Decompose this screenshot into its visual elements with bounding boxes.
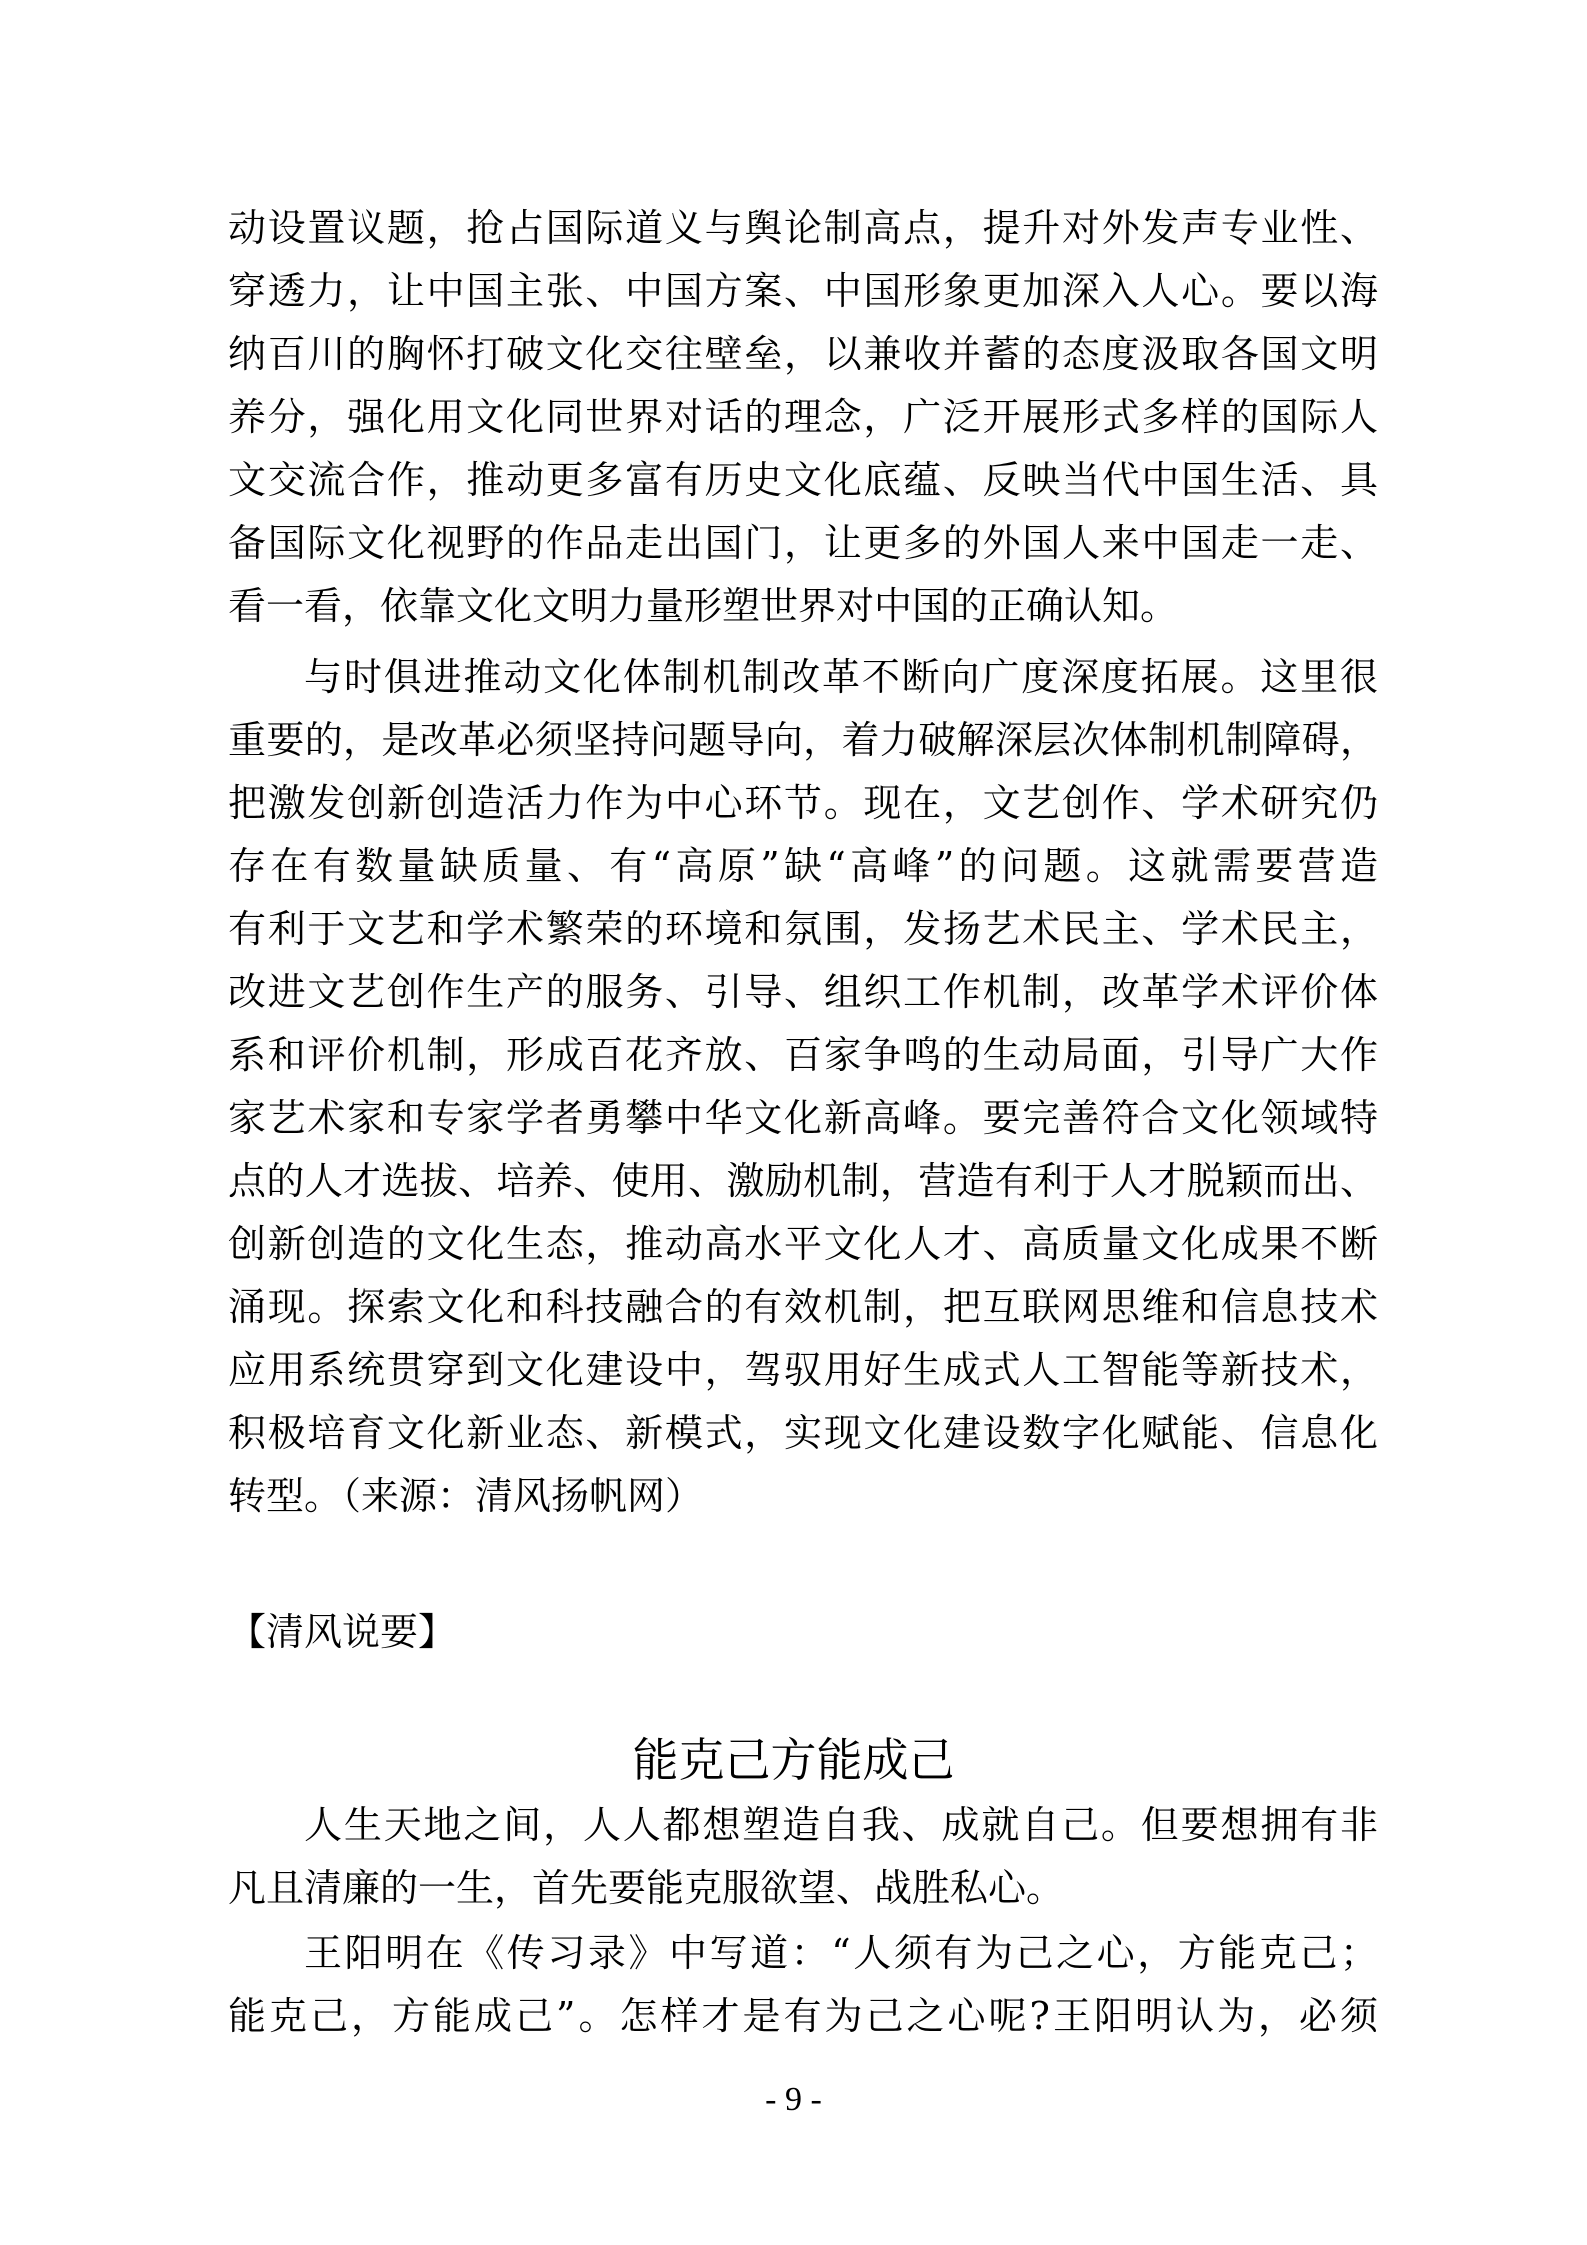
- text-line: 能克己，方能成己”。怎样才是有为己之心呢?王阳明认为，必须: [228, 1991, 1378, 2041]
- text-line: 系和评价机制，形成百花齐放、百家争鸣的生动局面，引导广大作: [228, 1030, 1378, 1080]
- text-line: 转型。（来源：清风扬帆网）: [228, 1471, 1378, 1521]
- text-line: 有利于文艺和学术繁荣的环境和氛围，发扬艺术民主、学术民主，: [228, 904, 1378, 954]
- text-line: 把激发创新创造活力作为中心环节。现在，文艺创作、学术研究仍: [228, 778, 1378, 828]
- text-line: 养分，强化用文化同世界对话的理念，广泛开展形式多样的国际人: [228, 392, 1378, 442]
- section-tag: 【清风说要】: [228, 1607, 456, 1657]
- text-line: 纳百川的胸怀打破文化交往壁垒，以兼收并蓄的态度汲取各国文明: [228, 329, 1378, 379]
- text-line: 应用系统贯穿到文化建设中，驾驭用好生成式人工智能等新技术，: [228, 1345, 1378, 1395]
- text-line: 重要的，是改革必须坚持问题导向，着力破解深层次体制机制障碍，: [228, 715, 1378, 765]
- text-line: 凡且清廉的一生，首先要能克服欲望、战胜私心。: [228, 1863, 1378, 1913]
- text-line: 王阳明在《传习录》中写道：“人须有为己之心，方能克己；: [304, 1928, 1378, 1978]
- text-line: 备国际文化视野的作品走出国门，让更多的外国人来中国走一走、: [228, 518, 1378, 568]
- text-line: 文交流合作，推动更多富有历史文化底蕴、反映当代中国生活、具: [228, 455, 1378, 505]
- text-line: 涌现。探索文化和科技融合的有效机制，把互联网思维和信息技术: [228, 1282, 1378, 1332]
- text-line: 看一看，依靠文化文明力量形塑世界对中国的正确认知。: [228, 581, 1378, 631]
- text-line: 与时俱进推动文化体制机制改革不断向广度深度拓展。这里很: [304, 652, 1378, 702]
- text-line: 人生天地之间，人人都想塑造自我、成就自己。但要想拥有非: [304, 1800, 1378, 1850]
- article-title: 能克己方能成己: [0, 1730, 1587, 1790]
- text-line: 创新创造的文化生态，推动高水平文化人才、高质量文化成果不断: [228, 1219, 1378, 1269]
- text-line: 存在有数量缺质量、有“高原”缺“高峰”的问题。这就需要营造: [228, 841, 1378, 891]
- text-line: 穿透力，让中国主张、中国方案、中国形象更加深入人心。要以海: [228, 266, 1378, 316]
- text-line: 积极培育文化新业态、新模式，实现文化建设数字化赋能、信息化: [228, 1408, 1378, 1458]
- document-page: 动设置议题，抢占国际道义与舆论制高点，提升对外发声专业性、 穿透力，让中国主张、…: [0, 0, 1587, 2245]
- text-line: 家艺术家和专家学者勇攀中华文化新高峰。要完善符合文化领域特: [228, 1093, 1378, 1143]
- text-line: 动设置议题，抢占国际道义与舆论制高点，提升对外发声专业性、: [228, 203, 1378, 253]
- text-line: 改进文艺创作生产的服务、引导、组织工作机制，改革学术评价体: [228, 967, 1378, 1017]
- page-number: - 9 -: [0, 2080, 1587, 2120]
- text-line: 点的人才选拔、培养、使用、激励机制，营造有利于人才脱颖而出、: [228, 1156, 1378, 1206]
